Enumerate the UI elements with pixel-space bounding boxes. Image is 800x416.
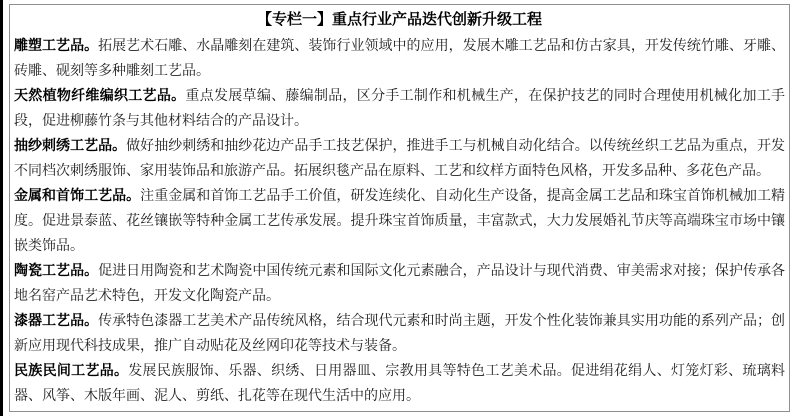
- policy-paragraph: 陶瓷工艺品。促进日用陶瓷和艺术陶瓷中国传统元素和国际文化元素融合，产品设计与现代…: [14, 258, 785, 308]
- paragraph-lead: 陶瓷工艺品。: [14, 262, 98, 278]
- paragraph-lead: 漆器工艺品。: [14, 312, 98, 328]
- paragraph-lead: 民族民间工艺品。: [14, 362, 128, 378]
- policy-paragraph: 漆器工艺品。传承特色漆器工艺美术产品传统风格，结合现代元素和时尚主题，开发个性化…: [14, 308, 785, 358]
- policy-paragraph: 民族民间工艺品。发展民族服饰、乐器、织绣、日用器皿、宗教用具等特色工艺美术品。促…: [14, 358, 785, 408]
- policy-paragraph-list: 雕塑工艺品。拓展艺术石雕、水晶雕刻在建筑、装饰行业领域中的应用，发展木雕工艺品和…: [14, 33, 785, 408]
- paragraph-lead: 雕塑工艺品。: [14, 37, 98, 53]
- paragraph-body: 做好抽纱刺绣和抽纱花边产品手工技艺保护，推进手工与机械自动化结合。以传统丝织工艺…: [14, 137, 785, 178]
- paragraph-body: 促进日用陶瓷和艺术陶瓷中国传统元素和国际文化元素融合，产品设计与现代消费、审美需…: [14, 262, 785, 303]
- paragraph-lead: 天然植物纤维编织工艺品。: [14, 87, 185, 103]
- policy-column-panel: 【专栏一】重点行业产品迭代创新升级工程 雕塑工艺品。拓展艺术石雕、水晶雕刻在建筑…: [9, 4, 790, 412]
- policy-paragraph: 雕塑工艺品。拓展艺术石雕、水晶雕刻在建筑、装饰行业领域中的应用，发展木雕工艺品和…: [14, 33, 785, 83]
- paragraph-body: 发展民族服饰、乐器、织绣、日用器皿、宗教用具等特色工艺美术品。促进绢花绢人、灯笼…: [14, 362, 785, 403]
- policy-paragraph: 抽纱刺绣工艺品。做好抽纱刺绣和抽纱花边产品手工技艺保护，推进手工与机械自动化结合…: [14, 133, 785, 183]
- policy-paragraph: 金属和首饰工艺品。注重金属和首饰工艺品手工价值，研发连续化、自动化生产设备，提高…: [14, 183, 785, 258]
- paragraph-body: 拓展艺术石雕、水晶雕刻在建筑、装饰行业领域中的应用，发展木雕工艺品和仿古家具，开…: [14, 37, 785, 78]
- paragraph-lead: 金属和首饰工艺品。: [14, 187, 140, 203]
- paragraph-body: 传承特色漆器工艺美术产品传统风格，结合现代元素和时尚主题，开发个性化装饰兼具实用…: [14, 312, 785, 353]
- panel-title: 【专栏一】重点行业产品迭代创新升级工程: [14, 7, 785, 33]
- paragraph-lead: 抽纱刺绣工艺品。: [14, 137, 126, 153]
- policy-paragraph: 天然植物纤维编织工艺品。重点发展草编、藤编制品，区分手工制作和机械生产，在保护技…: [14, 83, 785, 133]
- window-left-edge: [0, 0, 3, 416]
